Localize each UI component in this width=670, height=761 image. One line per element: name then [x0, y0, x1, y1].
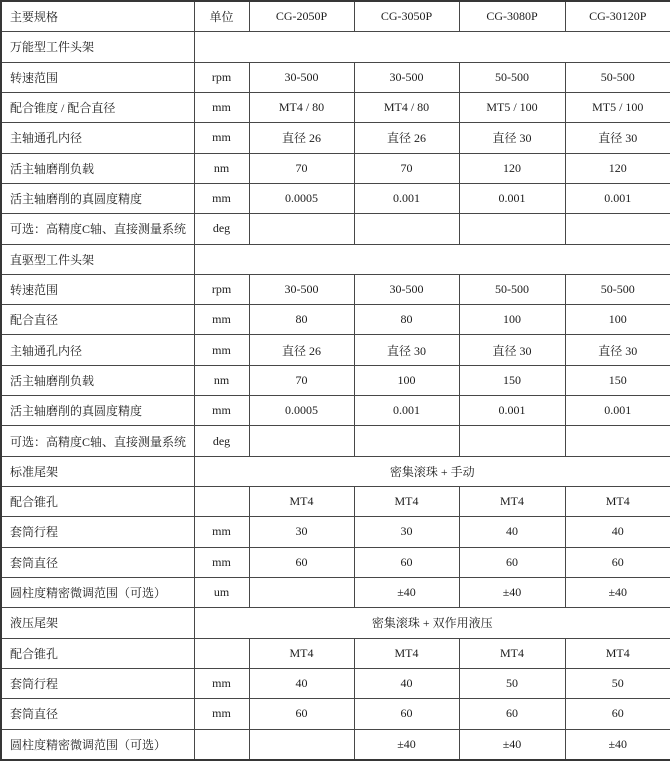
- unit-cell: um: [194, 577, 249, 607]
- value-cell-model-2: MT4: [354, 487, 459, 517]
- value-cell-model-4: 120: [565, 153, 670, 183]
- header-main-spec: 主要规格: [1, 1, 194, 32]
- value-cell-model-1: [249, 577, 354, 607]
- spec-row: 圆柱度精密微调范围（可选）um±40±40±40: [1, 577, 670, 607]
- value-cell-model-2: 100: [354, 365, 459, 395]
- value-cell-model-3: MT4: [459, 487, 565, 517]
- spec-row: 活主轴磨削的真圆度精度mm0.00050.0010.0010.001: [1, 396, 670, 426]
- spec-row: 配合锥孔MT4MT4MT4MT4: [1, 487, 670, 517]
- value-cell-model-1: 60: [249, 547, 354, 577]
- unit-cell: rpm: [194, 274, 249, 304]
- row-label: 圆柱度精密微调范围（可选）: [1, 577, 194, 607]
- value-cell-model-4: ±40: [565, 577, 670, 607]
- unit-cell: mm: [194, 183, 249, 213]
- section-span-cell: [194, 32, 670, 62]
- unit-cell: mm: [194, 123, 249, 153]
- value-cell-model-1: [249, 729, 354, 760]
- value-cell-model-3: 直径 30: [459, 123, 565, 153]
- value-cell-model-1: 30: [249, 517, 354, 547]
- header-unit: 单位: [194, 1, 249, 32]
- unit-cell: mm: [194, 305, 249, 335]
- row-label: 转速范围: [1, 62, 194, 92]
- value-cell-model-3: 40: [459, 517, 565, 547]
- spec-sheet-page: 主要规格 单位 CG-2050P CG-3050P CG-3080P CG-30…: [0, 0, 670, 761]
- unit-cell: mm: [194, 547, 249, 577]
- row-label: 配合锥孔: [1, 487, 194, 517]
- value-cell-model-3: MT5 / 100: [459, 92, 565, 122]
- section-span-cell: [194, 244, 670, 274]
- value-cell-model-4: 50: [565, 668, 670, 698]
- value-cell-model-1: 70: [249, 365, 354, 395]
- value-cell-model-4: [565, 426, 670, 456]
- row-label: 配合直径: [1, 305, 194, 335]
- value-cell-model-4: 直径 30: [565, 123, 670, 153]
- spec-row: 套筒行程mm40405050: [1, 668, 670, 698]
- spec-row: 配合锥孔MT4MT4MT4MT4: [1, 638, 670, 668]
- unit-cell: [194, 729, 249, 760]
- value-cell-model-2: 直径 30: [354, 335, 459, 365]
- value-cell-model-4: MT4: [565, 487, 670, 517]
- spec-table-body: 主要规格 单位 CG-2050P CG-3050P CG-3080P CG-30…: [1, 1, 670, 760]
- value-cell-model-2: 30-500: [354, 274, 459, 304]
- value-cell-model-1: MT4: [249, 487, 354, 517]
- value-cell-model-3: 直径 30: [459, 335, 565, 365]
- row-label: 标准尾架: [1, 456, 194, 486]
- value-cell-model-3: [459, 426, 565, 456]
- section-span-cell: 密集滚珠 + 手动: [194, 456, 670, 486]
- row-label: 主轴通孔内径: [1, 123, 194, 153]
- value-cell-model-3: ±40: [459, 729, 565, 760]
- spec-row: 套筒直径mm60606060: [1, 699, 670, 729]
- value-cell-model-2: ±40: [354, 729, 459, 760]
- header-model-4: CG-30120P: [565, 1, 670, 32]
- value-cell-model-4: 0.001: [565, 396, 670, 426]
- value-cell-model-4: 0.001: [565, 183, 670, 213]
- value-cell-model-3: 50: [459, 668, 565, 698]
- spec-row: 主轴通孔内径mm直径 26直径 30直径 30直径 30: [1, 335, 670, 365]
- unit-cell: mm: [194, 668, 249, 698]
- value-cell-model-3: 0.001: [459, 183, 565, 213]
- value-cell-model-2: [354, 214, 459, 244]
- spec-row: 活主轴磨削的真圆度精度mm0.00050.0010.0010.001: [1, 183, 670, 213]
- value-cell-model-1: [249, 426, 354, 456]
- value-cell-model-1: 直径 26: [249, 335, 354, 365]
- value-cell-model-4: MT4: [565, 638, 670, 668]
- value-cell-model-2: [354, 426, 459, 456]
- spec-row: 套筒直径mm60606060: [1, 547, 670, 577]
- value-cell-model-4: 直径 30: [565, 335, 670, 365]
- value-cell-model-1: 直径 26: [249, 123, 354, 153]
- value-cell-model-2: ±40: [354, 577, 459, 607]
- section-row: 液压尾架密集滚珠 + 双作用液压: [1, 608, 670, 638]
- value-cell-model-1: [249, 214, 354, 244]
- row-label: 活主轴磨削的真圆度精度: [1, 396, 194, 426]
- spec-row: 配合锥度 / 配合直径mmMT4 / 80MT4 / 80MT5 / 100MT…: [1, 92, 670, 122]
- section-span-cell: 密集滚珠 + 双作用液压: [194, 608, 670, 638]
- row-label: 活主轴磨削的真圆度精度: [1, 183, 194, 213]
- row-label: 套筒行程: [1, 668, 194, 698]
- value-cell-model-4: 50-500: [565, 62, 670, 92]
- spec-row: 套筒行程mm30304040: [1, 517, 670, 547]
- value-cell-model-2: 直径 26: [354, 123, 459, 153]
- value-cell-model-1: 80: [249, 305, 354, 335]
- value-cell-model-2: 60: [354, 699, 459, 729]
- unit-cell: nm: [194, 153, 249, 183]
- section-row: 直驱型工件头架: [1, 244, 670, 274]
- unit-cell: nm: [194, 365, 249, 395]
- value-cell-model-3: 60: [459, 699, 565, 729]
- header-row: 主要规格 单位 CG-2050P CG-3050P CG-3080P CG-30…: [1, 1, 670, 32]
- value-cell-model-1: 40: [249, 668, 354, 698]
- value-cell-model-1: 30-500: [249, 62, 354, 92]
- value-cell-model-2: 60: [354, 547, 459, 577]
- spec-row: 活主轴磨削负载nm7070120120: [1, 153, 670, 183]
- row-label: 圆柱度精密微调范围（可选）: [1, 729, 194, 760]
- row-label: 套筒直径: [1, 699, 194, 729]
- row-label: 配合锥度 / 配合直径: [1, 92, 194, 122]
- spec-row: 可选：高精度C轴、直接测量系统deg: [1, 426, 670, 456]
- value-cell-model-2: 30-500: [354, 62, 459, 92]
- row-label: 直驱型工件头架: [1, 244, 194, 274]
- value-cell-model-2: MT4 / 80: [354, 92, 459, 122]
- value-cell-model-4: ±40: [565, 729, 670, 760]
- section-row: 标准尾架密集滚珠 + 手动: [1, 456, 670, 486]
- row-label: 活主轴磨削负载: [1, 153, 194, 183]
- value-cell-model-4: 100: [565, 305, 670, 335]
- value-cell-model-1: 60: [249, 699, 354, 729]
- value-cell-model-2: 30: [354, 517, 459, 547]
- value-cell-model-2: 0.001: [354, 396, 459, 426]
- spec-table: 主要规格 单位 CG-2050P CG-3050P CG-3080P CG-30…: [0, 0, 670, 761]
- row-label: 转速范围: [1, 274, 194, 304]
- value-cell-model-3: MT4: [459, 638, 565, 668]
- spec-row: 主轴通孔内径mm直径 26直径 26直径 30直径 30: [1, 123, 670, 153]
- value-cell-model-3: 50-500: [459, 62, 565, 92]
- value-cell-model-1: 70: [249, 153, 354, 183]
- spec-row: 转速范围rpm30-50030-50050-50050-500: [1, 62, 670, 92]
- unit-cell: deg: [194, 214, 249, 244]
- unit-cell: mm: [194, 92, 249, 122]
- value-cell-model-2: 0.001: [354, 183, 459, 213]
- value-cell-model-2: 70: [354, 153, 459, 183]
- value-cell-model-3: 100: [459, 305, 565, 335]
- value-cell-model-3: 60: [459, 547, 565, 577]
- value-cell-model-2: 40: [354, 668, 459, 698]
- value-cell-model-3: 0.001: [459, 396, 565, 426]
- spec-row: 圆柱度精密微调范围（可选）±40±40±40: [1, 729, 670, 760]
- value-cell-model-3: ±40: [459, 577, 565, 607]
- value-cell-model-2: MT4: [354, 638, 459, 668]
- value-cell-model-3: 120: [459, 153, 565, 183]
- section-row: 万能型工件头架: [1, 32, 670, 62]
- unit-cell: deg: [194, 426, 249, 456]
- value-cell-model-1: 0.0005: [249, 396, 354, 426]
- row-label: 万能型工件头架: [1, 32, 194, 62]
- header-model-1: CG-2050P: [249, 1, 354, 32]
- value-cell-model-4: 150: [565, 365, 670, 395]
- value-cell-model-1: MT4 / 80: [249, 92, 354, 122]
- value-cell-model-3: 150: [459, 365, 565, 395]
- row-label: 活主轴磨削负载: [1, 365, 194, 395]
- header-model-3: CG-3080P: [459, 1, 565, 32]
- unit-cell: [194, 638, 249, 668]
- row-label: 可选：高精度C轴、直接测量系统: [1, 426, 194, 456]
- value-cell-model-4: 60: [565, 699, 670, 729]
- value-cell-model-2: 80: [354, 305, 459, 335]
- value-cell-model-3: 50-500: [459, 274, 565, 304]
- value-cell-model-1: 30-500: [249, 274, 354, 304]
- value-cell-model-4: 60: [565, 547, 670, 577]
- value-cell-model-4: 50-500: [565, 274, 670, 304]
- unit-cell: mm: [194, 517, 249, 547]
- spec-row: 配合直径mm8080100100: [1, 305, 670, 335]
- value-cell-model-4: [565, 214, 670, 244]
- row-label: 配合锥孔: [1, 638, 194, 668]
- spec-row: 可选：高精度C轴、直接测量系统deg: [1, 214, 670, 244]
- value-cell-model-4: MT5 / 100: [565, 92, 670, 122]
- row-label: 可选：高精度C轴、直接测量系统: [1, 214, 194, 244]
- row-label: 套筒直径: [1, 547, 194, 577]
- spec-row: 转速范围rpm30-50030-50050-50050-500: [1, 274, 670, 304]
- unit-cell: mm: [194, 699, 249, 729]
- unit-cell: mm: [194, 396, 249, 426]
- value-cell-model-1: MT4: [249, 638, 354, 668]
- value-cell-model-1: 0.0005: [249, 183, 354, 213]
- row-label: 套筒行程: [1, 517, 194, 547]
- row-label: 主轴通孔内径: [1, 335, 194, 365]
- unit-cell: rpm: [194, 62, 249, 92]
- row-label: 液压尾架: [1, 608, 194, 638]
- unit-cell: mm: [194, 335, 249, 365]
- header-model-2: CG-3050P: [354, 1, 459, 32]
- unit-cell: [194, 487, 249, 517]
- value-cell-model-3: [459, 214, 565, 244]
- value-cell-model-4: 40: [565, 517, 670, 547]
- spec-row: 活主轴磨削负载nm70100150150: [1, 365, 670, 395]
